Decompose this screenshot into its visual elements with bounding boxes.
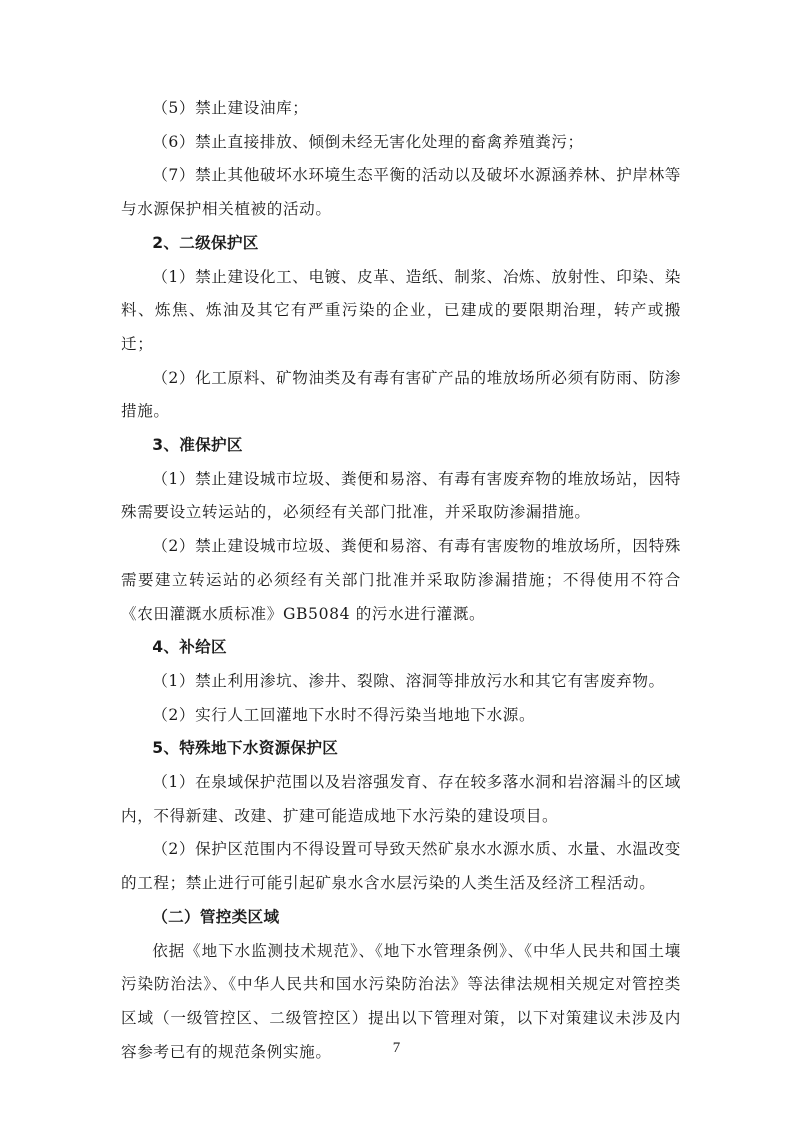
paragraph-quasi-1: （1）禁止建设城市垃圾、粪便和易溶、有毒有害废弃物的堆放场站，因特殊需要设立转运… — [121, 463, 681, 530]
heading-secondary-protection-zone: 2、二级保护区 — [121, 227, 681, 261]
paragraph-secondary-2: （2）化工原料、矿物油类及有毒有害矿产品的堆放场所必须有防雨、防渗措施。 — [121, 362, 681, 429]
paragraph-secondary-1: （1）禁止建设化工、电镀、皮革、造纸、制浆、冶炼、放射性、印染、染料、炼焦、炼油… — [121, 261, 681, 362]
paragraph-item-7: （7）禁止其他破坏水环境生态平衡的活动以及破坏水源涵养林、护岸林等与水源保护相关… — [121, 159, 681, 226]
heading-quasi-protection-zone: 3、准保护区 — [121, 429, 681, 463]
paragraph-recharge-1: （1）禁止利用渗坑、渗井、裂隙、溶洞等排放污水和其它有害废弃物。 — [121, 665, 681, 699]
heading-controlled-areas: （二）管控类区域 — [121, 901, 681, 935]
document-body: （5）禁止建设油库； （6）禁止直接排放、倾倒未经无害化处理的畜禽养殖粪污； （… — [121, 92, 681, 1069]
paragraph-special-2: （2）保护区范围内不得设置可导致天然矿泉水水源水质、水量、水温改变的工程；禁止进… — [121, 833, 681, 900]
heading-special-groundwater-zone: 5、特殊地下水资源保护区 — [121, 732, 681, 766]
paragraph-recharge-2: （2）实行人工回灌地下水时不得污染当地地下水源。 — [121, 699, 681, 733]
paragraph-item-5: （5）禁止建设油库； — [121, 92, 681, 126]
page-number: 7 — [0, 1040, 793, 1057]
paragraph-item-6: （6）禁止直接排放、倾倒未经无害化处理的畜禽养殖粪污； — [121, 126, 681, 160]
heading-recharge-zone: 4、补给区 — [121, 631, 681, 665]
paragraph-quasi-2: （2）禁止建设城市垃圾、粪便和易溶、有毒有害废物的堆放场所，因特殊需要建立转运站… — [121, 530, 681, 631]
paragraph-special-1: （1）在泉域保护范围以及岩溶强发育、存在较多落水洞和岩溶漏斗的区域内，不得新建、… — [121, 766, 681, 833]
